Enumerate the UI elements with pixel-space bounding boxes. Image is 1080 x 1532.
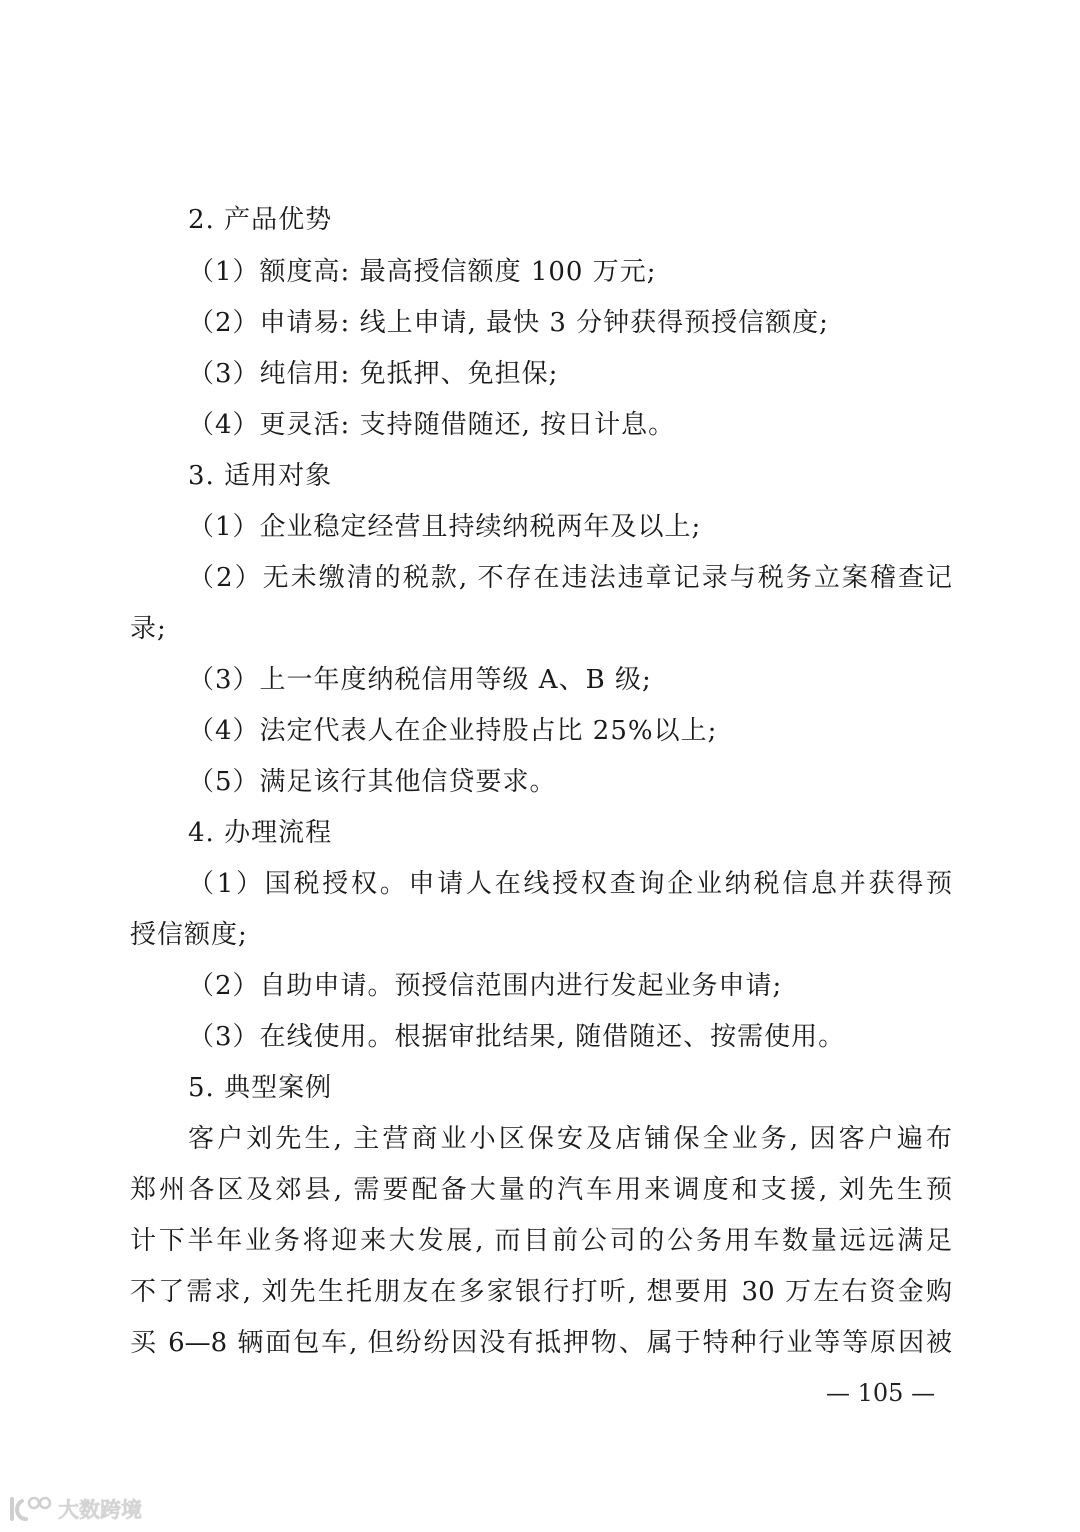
advantage-item: （3）纯信用: 免抵押、免担保; (188, 357, 558, 391)
section-heading-process: 4. 办理流程 (188, 816, 332, 850)
process-item: （1）国税授权。申请人在线授权查询企业纳税信息并获得预 (130, 867, 952, 901)
section-heading-case: 5. 典型案例 (188, 1071, 332, 1105)
watermark-text: 大数跨境 (58, 1494, 142, 1524)
applicable-item: （5）满足该行其他信贷要求。 (188, 765, 557, 799)
process-item: （2）自助申请。预授信范围内进行发起业务申请; (188, 969, 782, 1003)
process-item: （3）在线使用。根据审批结果, 随借随还、按需使用。 (188, 1020, 845, 1054)
applicable-item: （4）法定代表人在企业持股占比 25%以上; (188, 714, 717, 748)
applicable-item: （1）企业稳定经营且持续纳税两年及以上; (188, 510, 701, 544)
advantage-item: （4）更灵活: 支持随借随还, 按日计息。 (188, 408, 675, 442)
process-item-continued: 授信额度; (130, 918, 248, 952)
page-number: — 105 — (826, 1378, 935, 1408)
applicable-item-continued: 录; (130, 612, 167, 646)
watermark: 大数跨境 (8, 1494, 142, 1524)
case-paragraph-line: 不了需求, 刘先生托朋友在多家银行打听, 想要用 30 万左右资金购 (130, 1275, 952, 1309)
advantage-item: （2）申请易: 线上申请, 最快 3 分钟获得预授信额度; (188, 306, 829, 340)
applicable-item: （2）无未缴清的税款, 不存在违法违章记录与税务立案稽查记 (130, 561, 952, 595)
advantage-item: （1）额度高: 最高授信额度 100 万元; (188, 255, 656, 289)
case-paragraph-line: 买 6—8 辆面包车, 但纷纷因没有抵押物、属于特种行业等等原因被 (130, 1326, 952, 1360)
section-heading-advantages: 2. 产品优势 (188, 203, 332, 237)
case-paragraph-line: 客户刘先生, 主营商业小区保安及店铺保全业务, 因客户遍布 (130, 1122, 952, 1156)
case-paragraph-line: 计下半年业务将迎来大发展, 而目前公司的公务用车数量远远满足 (130, 1224, 952, 1258)
kuajing-logo-icon (8, 1495, 52, 1523)
case-paragraph-line: 郑州各区及郊县, 需要配备大量的汽车用来调度和支援, 刘先生预 (130, 1173, 952, 1207)
document-page: 2. 产品优势 （1）额度高: 最高授信额度 100 万元; （2）申请易: 线… (0, 0, 1080, 1532)
applicable-item: （3）上一年度纳税信用等级 A、B 级; (188, 663, 652, 697)
section-heading-applicable: 3. 适用对象 (188, 459, 332, 493)
